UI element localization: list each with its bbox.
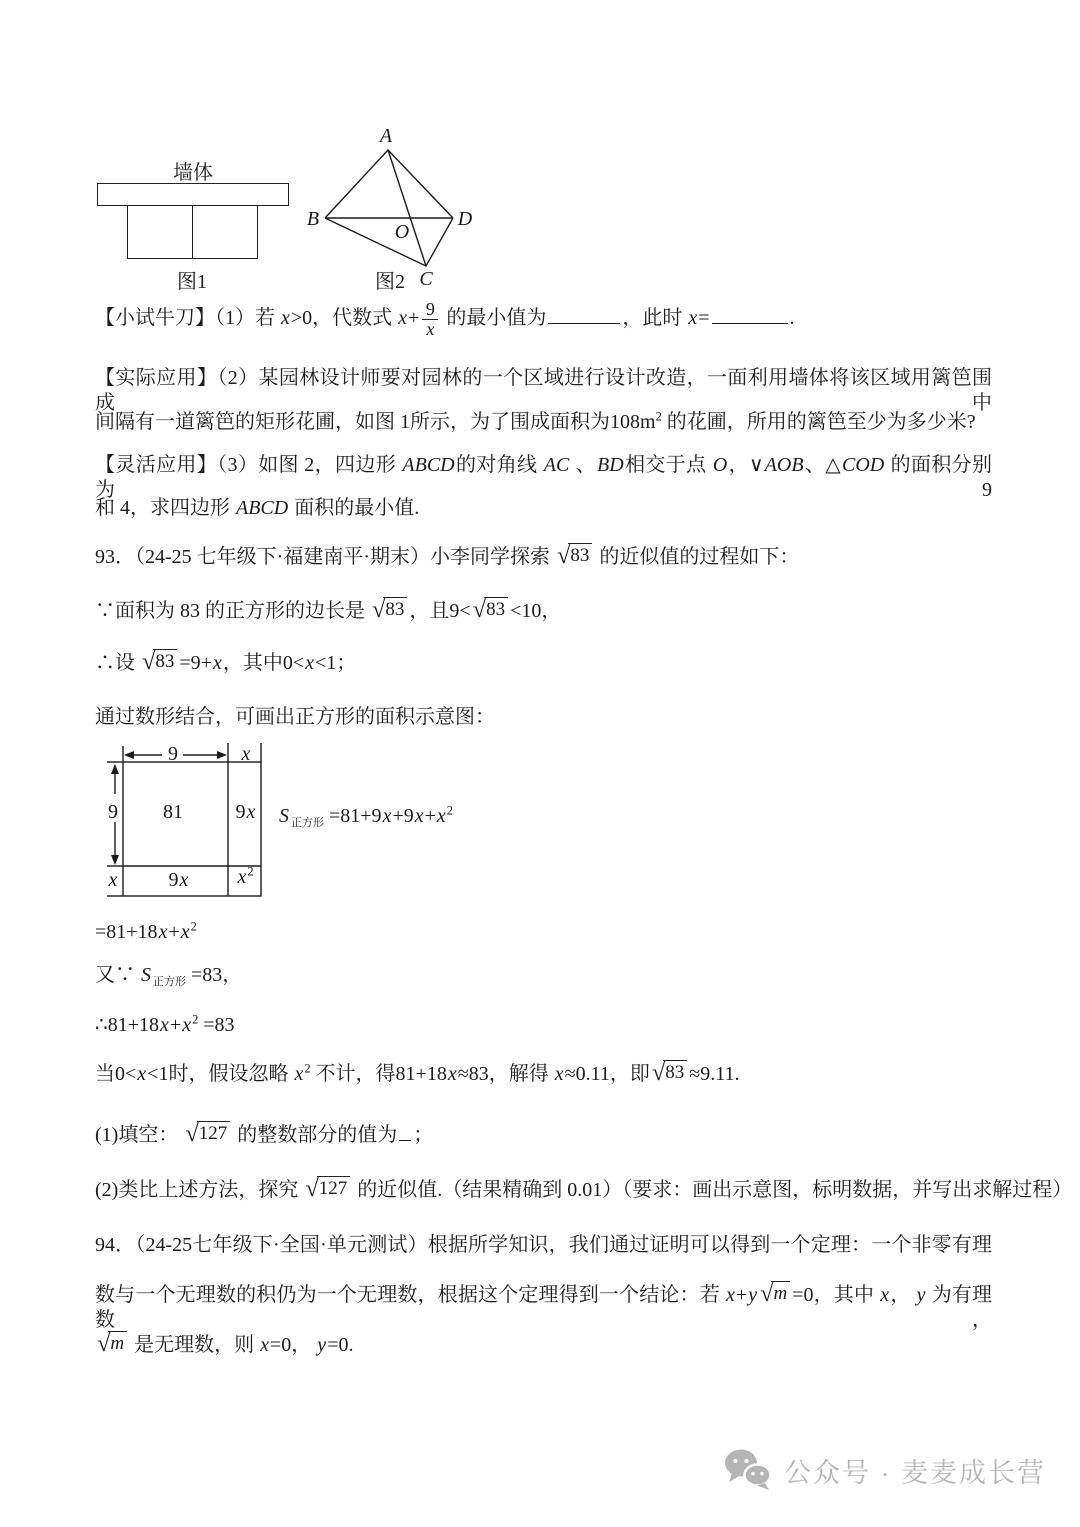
document-page: 墙体 图1 A B D C O 图2 xyxy=(0,0,1080,1527)
vertex-label-c: C xyxy=(419,268,433,290)
line-q-1: 【小试牛刀】（1）若 x>0，代数式 x+9x 的最小值为，此时 x=. xyxy=(95,300,795,339)
line-93-so: ∴设 √83=9+x，其中0<x<1； xyxy=(95,649,356,676)
line-q2-a: 【实际应用】（2）某园林设计师要对园林的一个区域进行设计改造，一面利用墙体将该区… xyxy=(95,366,992,416)
sq-left-x: x xyxy=(108,868,119,893)
vertex-label-d: D xyxy=(457,208,473,230)
watermark-text: 公众号 · 麦麦成长营 xyxy=(784,1451,1046,1490)
line-sub1: (1)填空： √127 的整数部分的值为； xyxy=(95,1119,433,1148)
sq-cell-9x-right: 9x xyxy=(236,800,257,825)
line-also: 又∵ S正方形 =83， xyxy=(95,963,242,988)
line-expand: =81+18x+x2 xyxy=(95,920,197,945)
wechat-icon xyxy=(724,1448,772,1492)
sq-top-x: x xyxy=(241,742,252,767)
line-q3-b: 和 4，求四边形 ABCD 面积的最小值. xyxy=(95,496,419,521)
figure1-wall-label: 墙体 xyxy=(173,156,213,185)
line-s-equation: S正方形 =81+9x+9x+x2 xyxy=(278,804,453,829)
sq-cell-x2: x2 xyxy=(236,865,253,890)
figure1-wall-rect xyxy=(97,183,289,206)
line-94-a: 94．（24-25七年级下·全国·单元测试）根据所学知识，我们通过证明可以得到一… xyxy=(95,1233,992,1258)
sq-cell-9x-bottom: 9x xyxy=(169,868,190,893)
figure1-fence-divider xyxy=(192,206,193,258)
line-94-b: 数与一个无理数的积仍为一个无理数，根据这个定理得到一个结论：若 x+y√m=0，… xyxy=(95,1281,992,1333)
figure2-caption: 图2 xyxy=(375,265,405,294)
line-93-because: ∵面积为 83 的正方形的边长是 √83，且9<√83<10， xyxy=(95,597,561,624)
line-94-c: √m 是无理数，则 x=0， y=0. xyxy=(95,1331,353,1358)
line-approx: 当0<x<1时，假设忽略 x2 不计，得81+18x≈83，解得 x≈0.11，… xyxy=(95,1060,739,1087)
vertex-label-o: O xyxy=(395,221,409,243)
vertex-label-a: A xyxy=(378,125,393,147)
watermark: 公众号 · 麦麦成长营 xyxy=(724,1448,1046,1492)
sq-left-9: 9 xyxy=(108,800,118,825)
line-q2-b: 间隔有一道篱笆的矩形花圃，如图 1所示，为了围成面积为108m2 的花圃，所用的… xyxy=(95,410,976,435)
line-equation-83: ∴81+18x+x2 =83 xyxy=(95,1013,235,1038)
figure1-caption: 图1 xyxy=(177,265,207,294)
sq-top-9: 9 xyxy=(168,742,178,767)
line-93-title: 93．（24-25 七年级下·福建南平·期末）小李同学探索 √83 的近似值的过… xyxy=(95,543,799,570)
line-sub2: (2)类比上述方法，探究 √127 的近似值.（结果精确到 0.01）（要求：画… xyxy=(95,1176,1072,1203)
line-93-intro: 通过数形结合，可画出正方形的面积示意图： xyxy=(95,705,495,730)
sq-cell-81: 81 xyxy=(163,800,183,825)
vertex-label-b: B xyxy=(307,208,319,230)
